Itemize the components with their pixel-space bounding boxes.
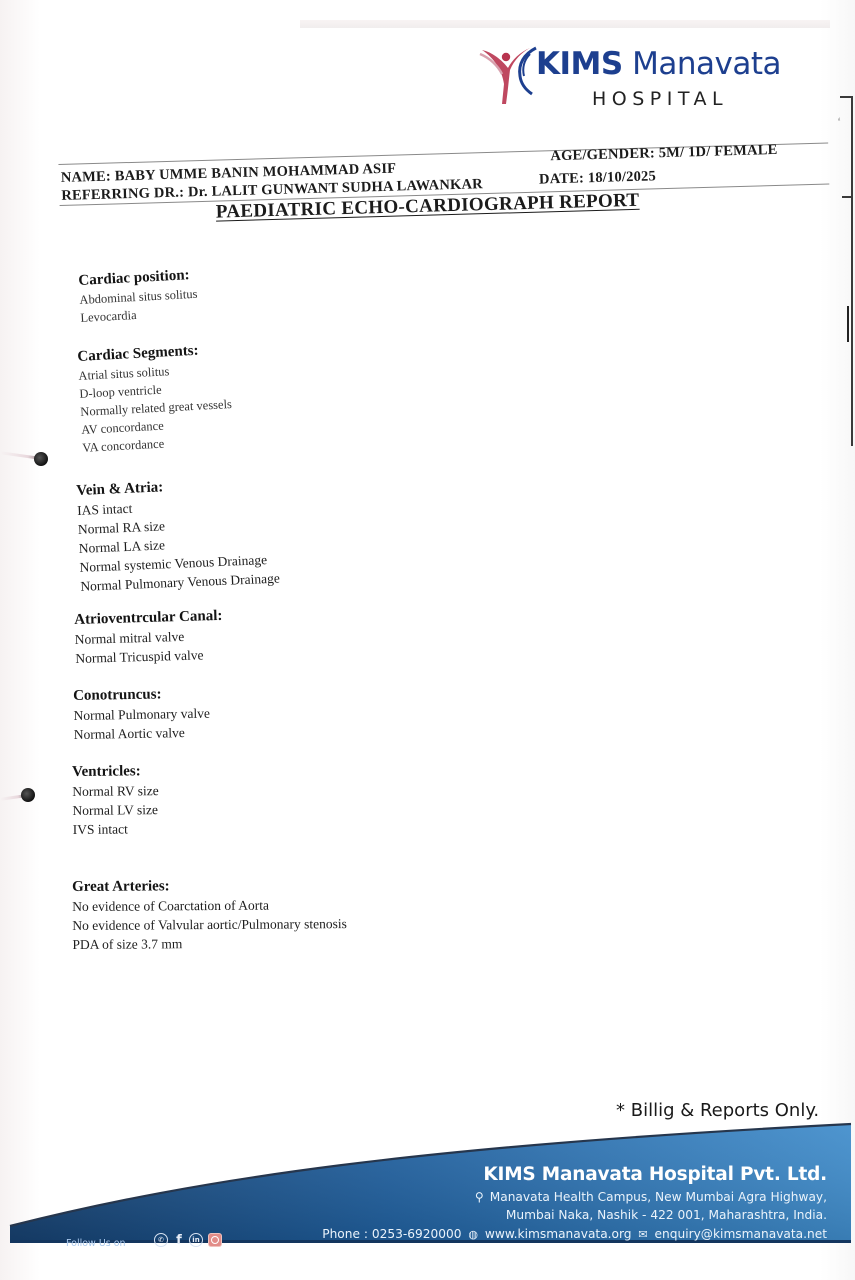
finding: Normal RV size xyxy=(72,781,159,801)
finding: Normal LV size xyxy=(72,800,159,820)
address-line1-text: Manavata Health Campus, New Mumbai Agra … xyxy=(490,1190,827,1204)
section-ventricles: Ventricles: Normal RV size Normal LV siz… xyxy=(72,762,159,839)
finding: No evidence of Valvular aortic/Pulmonary… xyxy=(72,914,347,935)
referring-label: REFERRING DR.: xyxy=(61,184,184,203)
finding: Normal Pulmonary valve xyxy=(73,704,210,725)
footer-website-link[interactable]: www.kimsmanavata.org xyxy=(485,1227,632,1241)
scan-edge-tick xyxy=(840,96,852,98)
footer-contact: Phone : 0253-6920000 ◍ www.kimsmanavata.… xyxy=(322,1227,827,1241)
scan-edge-strip xyxy=(300,20,830,28)
logo-subtitle: HOSPITAL xyxy=(592,88,728,110)
footer-address-line2: Mumbai Naka, Nashik - 422 001, Maharasht… xyxy=(506,1208,827,1222)
logo-title: KIMS Manavata xyxy=(536,46,781,82)
human-figure-logo-icon xyxy=(478,44,538,106)
section-great-arteries: Great Arteries: No evidence of Coarctati… xyxy=(72,876,347,954)
hospital-logo: KIMS Manavata HOSPITAL xyxy=(478,42,818,114)
patient-age-gender: AGE/GENDER: 5M/ 1D/ FEMALE xyxy=(550,142,778,165)
age-gender-value: 5M/ 1D/ FEMALE xyxy=(659,142,778,161)
logo-kims: KIMS xyxy=(536,46,623,82)
section-atrioventricular-canal: Atrioventrcular Canal: Normal mitral val… xyxy=(74,607,224,668)
footer-phone: Phone : 0253-6920000 xyxy=(322,1227,461,1241)
section-vein-atria: Vein & Atria: IAS intact Normal RA size … xyxy=(76,474,280,596)
patient-name-label: NAME: xyxy=(61,169,112,186)
location-pin-icon: ⚲ xyxy=(475,1190,484,1204)
instagram-icon[interactable] xyxy=(208,1233,222,1247)
linkedin-icon[interactable]: in xyxy=(189,1233,203,1247)
section-cardiac-segments: Cardiac Segments: Atrial situs solitus D… xyxy=(77,340,234,457)
scan-edge-tick xyxy=(842,196,852,198)
footer-company-name: KIMS Manavata Hospital Pvt. Ltd. xyxy=(483,1164,827,1185)
report-date: DATE: 18/10/2025 xyxy=(539,168,656,188)
finding: Normal Aortic valve xyxy=(74,723,211,744)
follow-us-label: Follow Us on xyxy=(66,1238,126,1249)
facebook-icon[interactable]: f xyxy=(172,1233,186,1247)
section-heading: Ventricles: xyxy=(72,762,159,782)
scan-edge-line xyxy=(851,96,853,446)
finding: Normal Tricuspid valve xyxy=(75,645,224,668)
scan-bracket-mark xyxy=(845,306,849,342)
patient-header: NAME: BABY UMME BANIN MOHAMMAD ASIF AGE/… xyxy=(58,126,840,238)
finding: PDA of size 3.7 mm xyxy=(72,933,347,954)
section-conotruncus: Conotruncus: Normal Pulmonary valve Norm… xyxy=(73,685,210,744)
footer-email-link[interactable]: enquiry@kimsmanavata.net xyxy=(655,1227,827,1241)
logo-manavata: Manavata xyxy=(623,46,781,82)
section-cardiac-position: Cardiac position: Abdominal situs solitu… xyxy=(78,266,199,327)
age-gender-label: AGE/GENDER: xyxy=(550,145,655,164)
scan-mark: ˢˡ xyxy=(838,118,840,124)
footer-address-line1: ⚲Manavata Health Campus, New Mumbai Agra… xyxy=(475,1190,827,1204)
section-heading: Great Arteries: xyxy=(72,876,347,897)
staple-mark xyxy=(21,788,35,802)
date-label: DATE: xyxy=(539,170,584,187)
whatsapp-icon[interactable]: ✆ xyxy=(154,1233,168,1247)
staple-mark xyxy=(34,452,48,466)
section-heading: Conotruncus: xyxy=(73,685,210,706)
date-value: 18/10/2025 xyxy=(588,168,656,186)
finding: IVS intact xyxy=(73,819,160,839)
report-page: KIMS Manavata HOSPITAL ˢˡ NAME: BABY UMM… xyxy=(0,0,855,1280)
globe-icon: ◍ xyxy=(468,1228,478,1241)
finding: No evidence of Coarctation of Aorta xyxy=(72,895,347,916)
mail-icon: ✉ xyxy=(638,1228,647,1241)
